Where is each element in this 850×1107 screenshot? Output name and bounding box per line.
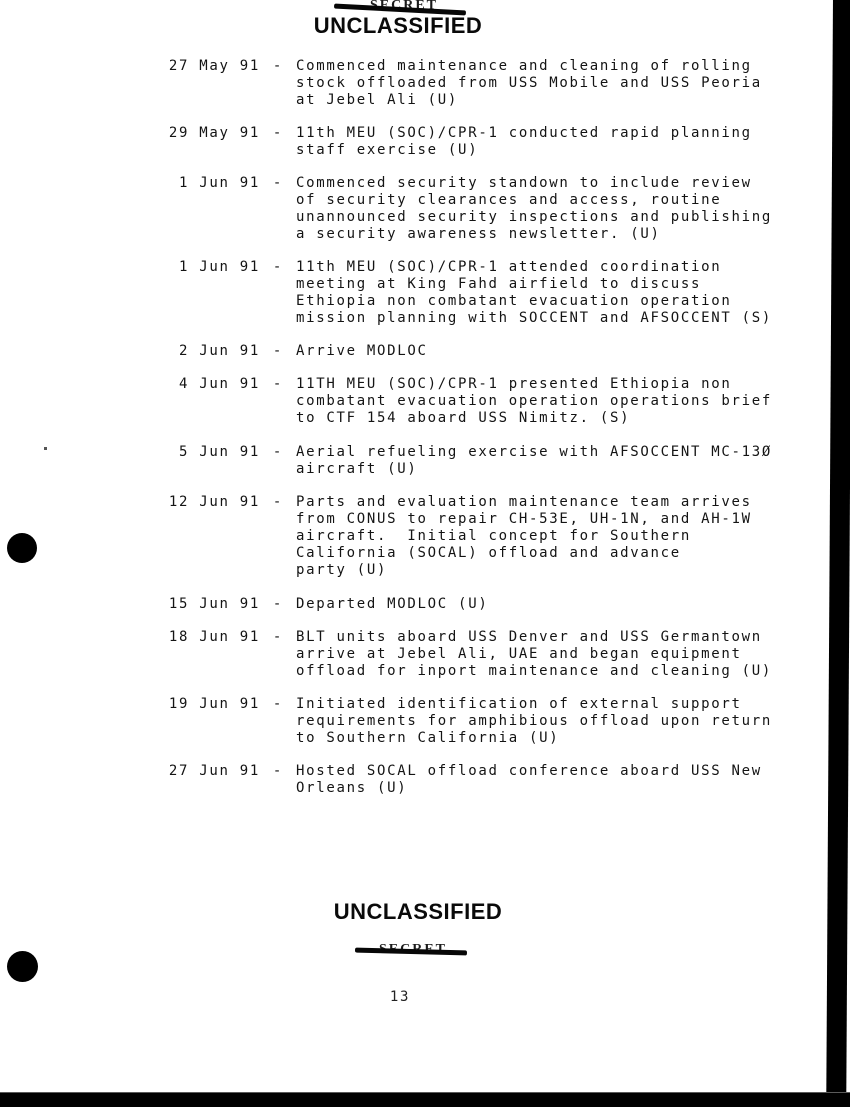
entry-date: 27 May 91 <box>166 58 260 109</box>
entry-separator: - <box>260 494 296 579</box>
chronology-entry: 27 Jun 91-Hosted SOCAL offload conferenc… <box>166 763 772 797</box>
entry-separator: - <box>260 343 296 360</box>
entry-description: Aerial refueling exercise with AFSOCCENT… <box>296 444 772 478</box>
chronology-entry: 15 Jun 91-Departed MODLOC (U) <box>166 596 772 613</box>
entry-separator: - <box>260 444 296 478</box>
scan-edge-artifact <box>0 1092 850 1107</box>
entry-description: 11th MEU (SOC)/CPR-1 attended coordinati… <box>296 259 772 327</box>
entry-description: Arrive MODLOC <box>296 343 428 360</box>
entry-separator: - <box>260 58 296 109</box>
entry-description: Departed MODLOC (U) <box>296 596 488 613</box>
hole-punch-artifact <box>7 533 37 563</box>
entry-date: 12 Jun 91 <box>166 494 260 579</box>
unclassified-heading-top: UNCLASSIFIED <box>314 13 483 39</box>
scanned-document-page: SECRET UNCLASSIFIED 27 May 91-Commenced … <box>0 0 850 1107</box>
chronology-entry: 2 Jun 91-Arrive MODLOC <box>166 343 772 360</box>
entry-description: Commenced maintenance and cleaning of ro… <box>296 58 762 109</box>
chronology-entry-list: 27 May 91-Commenced maintenance and clea… <box>166 58 772 813</box>
chronology-entry: 5 Jun 91-Aerial refueling exercise with … <box>166 444 772 478</box>
entry-date: 29 May 91 <box>166 125 260 159</box>
entry-description: Hosted SOCAL offload conference aboard U… <box>296 763 762 797</box>
entry-description: 11th MEU (SOC)/CPR-1 conducted rapid pla… <box>296 125 752 159</box>
entry-description: 11TH MEU (SOC)/CPR-1 presented Ethiopia … <box>296 376 772 427</box>
chronology-entry: 29 May 91-11th MEU (SOC)/CPR-1 conducted… <box>166 125 772 159</box>
entry-separator: - <box>260 629 296 680</box>
entry-separator: - <box>260 763 296 797</box>
entry-separator: - <box>260 259 296 327</box>
entry-description: Commenced security standown to include r… <box>296 175 772 243</box>
chronology-entry: 4 Jun 91-11TH MEU (SOC)/CPR-1 presented … <box>166 376 772 427</box>
chronology-entry: 19 Jun 91-Initiated identification of ex… <box>166 696 772 747</box>
entry-date: 15 Jun 91 <box>166 596 260 613</box>
entry-separator: - <box>260 125 296 159</box>
chronology-entry: 18 Jun 91-BLT units aboard USS Denver an… <box>166 629 772 680</box>
entry-separator: - <box>260 175 296 243</box>
entry-date: 1 Jun 91 <box>166 259 260 327</box>
entry-date: 2 Jun 91 <box>166 343 260 360</box>
unclassified-heading-bottom: UNCLASSIFIED <box>334 899 503 925</box>
entry-description: BLT units aboard USS Denver and USS Germ… <box>296 629 772 680</box>
entry-separator: - <box>260 596 296 613</box>
entry-separator: - <box>260 696 296 747</box>
entry-date: 1 Jun 91 <box>166 175 260 243</box>
chronology-entry: 27 May 91-Commenced maintenance and clea… <box>166 58 772 109</box>
scan-edge-artifact <box>826 0 850 1107</box>
entry-date: 27 Jun 91 <box>166 763 260 797</box>
scan-speck-artifact <box>44 447 47 450</box>
entry-description: Parts and evaluation maintenance team ar… <box>296 494 752 579</box>
chronology-entry: 1 Jun 91-Commenced security standown to … <box>166 175 772 243</box>
chronology-entry: 12 Jun 91-Parts and evaluation maintenan… <box>166 494 772 579</box>
entry-date: 4 Jun 91 <box>166 376 260 427</box>
entry-description: Initiated identification of external sup… <box>296 696 772 747</box>
entry-date: 18 Jun 91 <box>166 629 260 680</box>
entry-separator: - <box>260 376 296 427</box>
hole-punch-artifact <box>7 951 38 982</box>
page-number: 13 <box>390 989 410 1005</box>
chronology-entry: 1 Jun 91-11th MEU (SOC)/CPR-1 attended c… <box>166 259 772 327</box>
entry-date: 19 Jun 91 <box>166 696 260 747</box>
entry-date: 5 Jun 91 <box>166 444 260 478</box>
